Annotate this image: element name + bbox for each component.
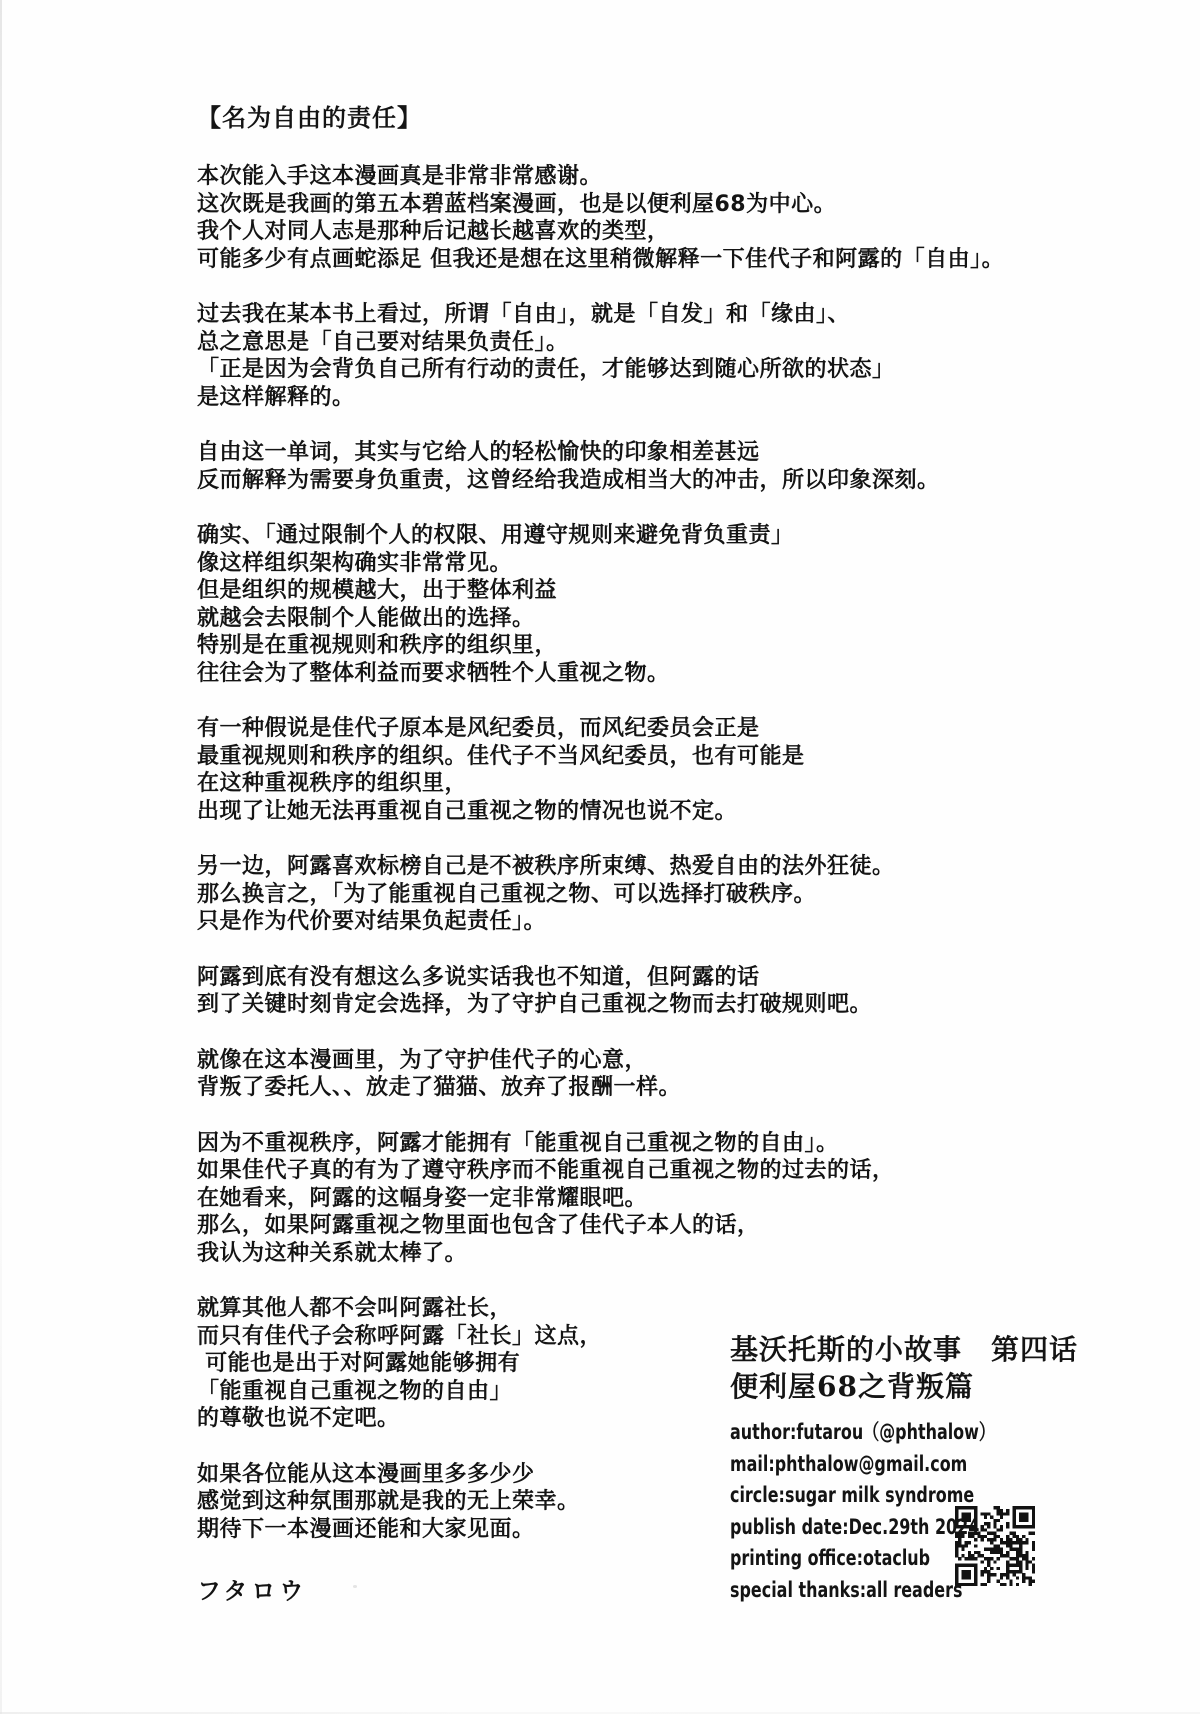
paragraph: 有一种假说是佳代子原本是风纪委员，而风纪委员会正是最重视规则和秩序的组织。佳代子… xyxy=(197,715,1077,825)
text-line: 因为不重视秩序，阿露才能拥有「能重视自己重视之物的自由」。 xyxy=(197,1130,1077,1158)
text-line: 只是作为代价要对结果负起责任」。 xyxy=(197,908,1077,936)
qr-code-icon xyxy=(955,1506,1035,1586)
text-line: 但是组织的规模越大，出于整体利益 xyxy=(197,577,1077,605)
text-line: 阿露到底有没有想这么多说实话我也不知道，但阿露的话 xyxy=(197,964,1077,992)
paragraph: 就像在这本漫画里，为了守护佳代子的心意，背叛了委托人、、放走了猫猫、放弃了报酬一… xyxy=(197,1047,1077,1102)
credits-list: author:futarou（@phthalow）mail:phthalow@g… xyxy=(730,1417,1150,1606)
text-line: 可能多少有点画蛇添足 但我还是想在这里稍微解释一下佳代子和阿露的「自由」。 xyxy=(197,246,1077,274)
colophon-title-line: 便利屋68之背叛篇 xyxy=(730,1368,1150,1405)
text-line: 另一边，阿露喜欢标榜自己是不被秩序所束缚、热爱自由的法外狂徒。 xyxy=(197,853,1077,881)
text-line: 往往会为了整体利益而要求牺牲个人重视之物。 xyxy=(197,660,1077,688)
text-line: 那么，如果阿露重视之物里面也包含了佳代子本人的话， xyxy=(197,1212,1077,1240)
text-line: 就像在这本漫画里，为了守护佳代子的心意， xyxy=(197,1047,1077,1075)
text-line: 在这种重视秩序的组织里， xyxy=(197,770,1077,798)
text-line: 到了关键时刻肯定会选择，为了守护自己重视之物而去打破规则吧。 xyxy=(197,991,1077,1019)
paragraph: 另一边，阿露喜欢标榜自己是不被秩序所束缚、热爱自由的法外狂徒。那么换言之，「为了… xyxy=(197,853,1077,936)
text-line: 有一种假说是佳代子原本是风纪委员，而风纪委员会正是 xyxy=(197,715,1077,743)
colophon-title: 基沃托斯的小故事 第四话 便利屋68之背叛篇 xyxy=(730,1331,1150,1405)
text-line: 我个人对同人志是那种后记越长越喜欢的类型， xyxy=(197,218,1077,246)
colophon-title-line: 基沃托斯的小故事 第四话 xyxy=(730,1331,1150,1368)
paragraph: 确实、「通过限制个人的权限、用遵守规则来避免背负重责」像这样组织架构确实非常常见… xyxy=(197,522,1077,687)
text-line: 背叛了委托人、、放走了猫猫、放弃了报酬一样。 xyxy=(197,1074,1077,1102)
afterword-heading: 【名为自由的责任】 xyxy=(197,104,1077,132)
text-line: 自由这一单词，其实与它给人的轻松愉快的印象相差甚远 xyxy=(197,439,1077,467)
text-line: 我认为这种关系就太棒了。 xyxy=(197,1240,1077,1268)
credit-line: mail:phthalow@gmail.com xyxy=(730,1449,1049,1481)
paragraph: 过去我在某本书上看过，所谓「自由」，就是「自发」和「缘由」、总之意思是「自己要对… xyxy=(197,301,1077,411)
text-line: 过去我在某本书上看过，所谓「自由」，就是「自发」和「缘由」、 xyxy=(197,301,1077,329)
paragraph: 阿露到底有没有想这么多说实话我也不知道，但阿露的话到了关键时刻肯定会选择，为了守… xyxy=(197,964,1077,1019)
text-line: 总之意思是「自己要对结果负责任」。 xyxy=(197,329,1077,357)
text-line: 像这样组织架构确实非常常见。 xyxy=(197,550,1077,578)
text-line: 最重视规则和秩序的组织。佳代子不当风纪委员，也有可能是 xyxy=(197,743,1077,771)
text-line: 特别是在重视规则和秩序的组织里， xyxy=(197,632,1077,660)
scan-edge-left xyxy=(0,0,2,1714)
text-line: 本次能入手这本漫画真是非常非常感谢。 xyxy=(197,163,1077,191)
paragraph: 本次能入手这本漫画真是非常非常感谢。这次既是我画的第五本碧蓝档案漫画，也是以便利… xyxy=(197,163,1077,273)
text-line: 这次既是我画的第五本碧蓝档案漫画，也是以便利屋68为中心。 xyxy=(197,191,1077,219)
credit-line: author:futarou（@phthalow） xyxy=(730,1417,1049,1449)
text-line: 如果佳代子真的有为了遵守秩序而不能重视自己重视之物的过去的话， xyxy=(197,1157,1077,1185)
text-line: 在她看来，阿露的这幅身姿一定非常耀眼吧。 xyxy=(197,1185,1077,1213)
afterword-page: 【名为自由的责任】 本次能入手这本漫画真是非常非常感谢。这次既是我画的第五本碧蓝… xyxy=(0,0,1200,1714)
colophon-block: 基沃托斯的小故事 第四话 便利屋68之背叛篇 author:futarou（@p… xyxy=(730,1331,1150,1606)
paragraph: 自由这一单词，其实与它给人的轻松愉快的印象相差甚远反而解释为需要身负重责，这曾经… xyxy=(197,439,1077,494)
text-line: 就算其他人都不会叫阿露社长， xyxy=(197,1295,1077,1323)
text-line: 出现了让她无法再重视自己重视之物的情况也说不定。 xyxy=(197,798,1077,826)
text-line: 是这样解释的。 xyxy=(197,384,1077,412)
text-line: 那么换言之，「为了能重视自己重视之物、可以选择打破秩序。 xyxy=(197,881,1077,909)
text-line: 「正是因为会背负自己所有行动的责任，才能够达到随心所欲的状态」 xyxy=(197,356,1077,384)
text-line: 确实、「通过限制个人的权限、用遵守规则来避免背负重责」 xyxy=(197,522,1077,550)
text-line: 就越会去限制个人能做出的选择。 xyxy=(197,605,1077,633)
text-line: 反而解释为需要身负重责，这曾经给我造成相当大的冲击，所以印象深刻。 xyxy=(197,467,1077,495)
paragraph: 因为不重视秩序，阿露才能拥有「能重视自己重视之物的自由」。如果佳代子真的有为了遵… xyxy=(197,1130,1077,1268)
